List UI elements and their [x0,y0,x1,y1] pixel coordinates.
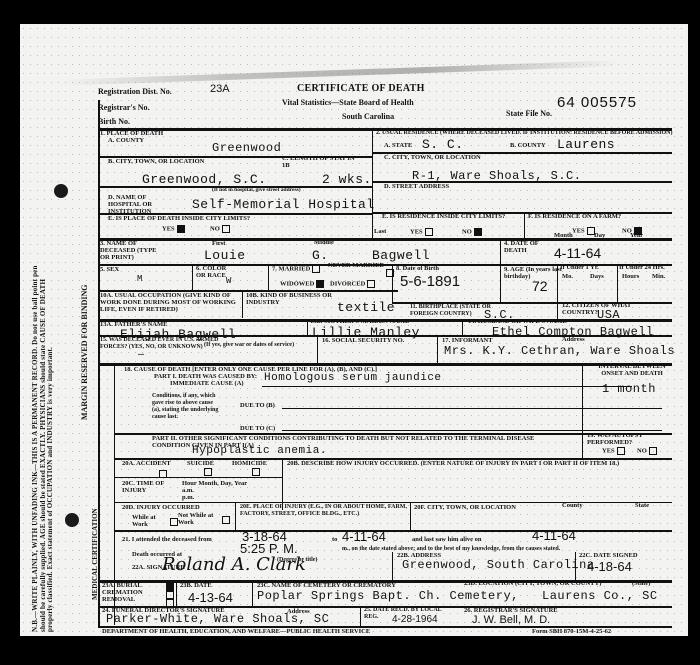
last-saw-alive-value: 4-11-64 [532,528,576,543]
date-of-birth-value: 5-6-1891 [400,273,460,290]
funeral-director-value: Parker-White, Ware Shoals, SC [106,612,329,626]
registration-dist-value: 23A [210,83,230,95]
armed-forces-value: — [138,350,145,361]
checkbox-empty-icon[interactable] [617,447,625,455]
death-city-value: Greenwood, S.C. [142,172,267,187]
certificate-title: CERTIFICATE OF DEATH [297,83,425,94]
farm-yes[interactable]: YES [572,227,595,235]
suicide-checkbox[interactable] [204,468,212,476]
interval-value: 1 month [602,382,656,396]
length-of-stay-value: 2 wks. [322,172,372,187]
sex-value: M [137,274,143,284]
state-file-number: 64 005575 [557,94,637,111]
checkbox-empty-icon[interactable] [312,265,320,273]
cremation-checkbox[interactable] [166,591,174,599]
state-file-label: State File No. [506,110,552,117]
registration-dist-label: Registration Dist. No. [98,88,172,95]
homicide-checkbox[interactable] [252,468,260,476]
checkbox-empty-icon[interactable] [367,280,375,288]
date-received-value: 4-28-1964 [392,614,438,625]
hospital-name-value: Self-Memorial Hospital [192,197,375,212]
death-in-city-no[interactable]: NO [210,225,230,233]
divorced-option[interactable]: DIVORCED [330,280,375,288]
burial-location-value: Laurens Co., SC [542,589,658,603]
not-while-at-work-checkbox[interactable] [222,516,230,524]
autopsy-no[interactable]: NO [637,447,657,455]
physician-address-value: Greenwood, South Carolina [402,558,595,572]
checkbox-empty-icon[interactable] [425,228,433,236]
age-value: 72 [532,278,548,294]
date-signed-value: 4-18-64 [587,559,632,574]
checkbox-checked-icon[interactable] [474,228,482,236]
date-of-death-value: 4-11-64 [554,245,601,261]
other-conditions-value: Hypoplastic anemia. [192,445,327,457]
margin-instructions: N.B.—WRITE PLAINLY, WITH UNFADING INK—TH… [32,262,55,632]
while-at-work-checkbox[interactable] [170,518,178,526]
burial-type-label: 23a. BURIAL CREMATION REMOVAL [102,582,162,603]
state-name: South Carolina [342,112,394,121]
deceased-last-name: Bagwell [372,248,430,263]
accident-option[interactable]: 20a. ACCIDENT [122,460,171,467]
residence-label: 2. USUAL RESIDENCE (Where deceased lived… [376,130,673,137]
margin-reserved-label: MARGIN RESERVED FOR BINDING [80,284,89,420]
autopsy-yes[interactable]: YES [602,447,625,455]
physician-signature: Roland A. Clark [162,554,306,575]
industry-value: textile [337,300,395,315]
place-of-death-label: 1. PLACE OF DEATH [100,130,163,137]
widowed-option[interactable]: WIDOWED [280,280,324,288]
checkbox-checked-icon[interactable] [316,280,324,288]
death-in-city-yes[interactable]: YES [162,225,185,233]
residence-state-value: S. C. [422,137,464,152]
not-while-at-work-option[interactable]: Not While at Work [178,512,218,526]
deceased-first-name: Louie [204,248,246,263]
department-footer: DEPARTMENT OF HEALTH, EDUCATION, AND WEL… [102,628,370,635]
punch-hole-icon [54,184,68,198]
certificate-subtitle: Vital Statistics—State Board of Health [282,98,414,107]
attended-to-value: 4-11-64 [342,529,386,544]
residence-county-value: Laurens [557,137,615,152]
registrar-signature-value: J. W. Bell, M. D. [472,614,550,626]
form-number: Form SBH 870-15M-4-25-62 [532,628,611,635]
death-county-value: Greenwood [212,141,281,155]
residence-city-yes[interactable]: YES [410,228,433,236]
burial-date-value: 4-13-64 [188,590,233,605]
while-at-work-option[interactable]: While at Work [132,514,172,528]
informant-value: Mrs. K.Y. Cethran, Ware Shoals [444,344,675,358]
checkbox-empty-icon[interactable] [649,447,657,455]
checkbox-empty-icon[interactable] [222,225,230,233]
registrars-no-label: Registrar's No. [98,104,150,111]
checkbox-checked-icon[interactable] [177,225,185,233]
residence-city-no[interactable]: NO [462,228,482,236]
death-certificate-form: Registration Dist. No. 23A Registrar's N… [92,80,677,625]
punch-hole-icon [65,513,79,527]
race-value: W [226,276,232,286]
birth-no-label: Birth No. [98,118,130,125]
married-option[interactable]: 7. MARRIED [272,265,320,273]
burial-checkbox[interactable] [166,583,174,591]
cemetery-value: Poplar Springs Bapt. Ch. Cemetery, [257,589,519,603]
immediate-cause-value: Homologous serum jaundice [264,372,442,384]
deceased-middle-name: G. [312,248,329,263]
